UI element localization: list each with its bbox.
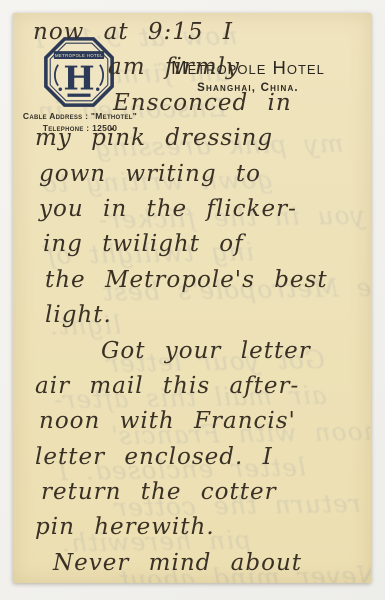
handwriting-line: letter enclosed. I — [13, 440, 371, 475]
handwriting-line: the Metropole's best — [13, 263, 371, 298]
handwriting-line: Ensconced in — [13, 86, 371, 121]
handwriting-line: ing twilight of — [13, 227, 371, 262]
handwriting-line: now at 9:15 I — [13, 15, 371, 50]
handwriting-line: am firmly — [13, 50, 371, 85]
handwriting-line: Got your letter — [13, 334, 371, 369]
handwriting-line: you in the flicker- — [13, 192, 371, 227]
handwriting-line: air mail this after- — [13, 369, 371, 404]
handwriting-line: Never mind about — [13, 546, 371, 581]
scan-background: now at 9:15 Iam firmlyEnsconced inmy pin… — [0, 0, 385, 600]
handwriting-line: return the cotter — [13, 475, 371, 510]
handwriting-line: gown writing to — [13, 157, 371, 192]
handwriting-line: light. — [13, 298, 371, 333]
handwriting-line: pin herewith. — [13, 510, 371, 545]
letter-paper: now at 9:15 Iam firmlyEnsconced inmy pin… — [13, 13, 371, 583]
handwriting-line: my pink dressing — [13, 121, 371, 156]
letter-body: now at 9:15 Iam firmlyEnsconced inmy pin… — [13, 15, 371, 581]
handwriting-line: noon with Francis' — [13, 404, 371, 439]
